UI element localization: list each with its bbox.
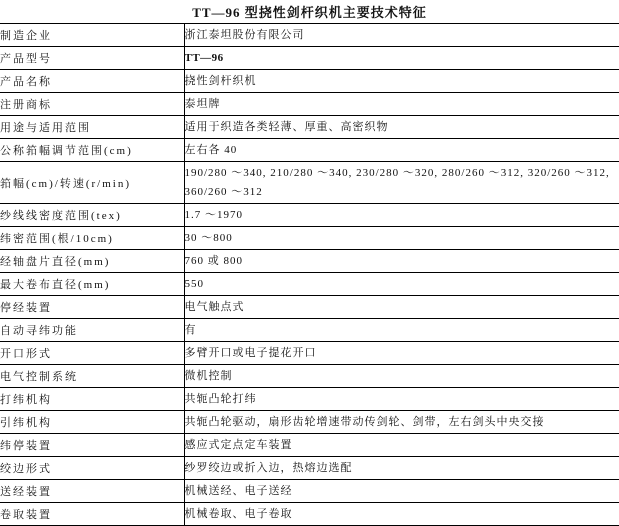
spec-label: 纱线线密度范围(tex) — [0, 204, 184, 227]
spec-value: 共轭凸轮驱动，扇形齿轮增速带动传剑轮、剑带，左右剑头中央交接 — [184, 411, 619, 434]
table-row-beam-flange-diameter: 经轴盘片直径(mm) 760 或 800 — [0, 250, 619, 273]
spec-value: 微机控制 — [184, 365, 619, 388]
spec-label: 引纬机构 — [0, 411, 184, 434]
spec-value: 30 ～800 — [184, 227, 619, 250]
spec-label: 注册商标 — [0, 93, 184, 116]
spec-label: 筘幅(cm)/转速(r/min) — [0, 162, 184, 204]
spec-label: 产品型号 — [0, 47, 184, 70]
spec-value: 电气触点式 — [184, 296, 619, 319]
table-row-beating-mechanism: 打纬机构 共轭凸轮打纬 — [0, 388, 619, 411]
spec-value: 机械卷取、电子卷取 — [184, 503, 619, 526]
table-row-shedding-type: 开口形式 多臂开口或电子提花开口 — [0, 342, 619, 365]
table-row-reed-width-speed: 筘幅(cm)/转速(r/min) 190/280 ～340, 210/280 ～… — [0, 162, 619, 204]
table-row-selvedge-type: 绞边形式 纱罗绞边或折入边，热熔边选配 — [0, 457, 619, 480]
spec-value: 有 — [184, 319, 619, 342]
table-row-application-range: 用途与适用范围 适用于织造各类轻薄、厚重、高密织物 — [0, 116, 619, 139]
spec-label: 送经装置 — [0, 480, 184, 503]
spec-label: 纬密范围(根/10cm) — [0, 227, 184, 250]
spec-value: 纱罗绞边或折入边，热熔边选配 — [184, 457, 619, 480]
table-row-max-cloth-roll-diameter: 最大卷布直径(mm) 550 — [0, 273, 619, 296]
table-row-take-up-device: 卷取装置 机械卷取、电子卷取 — [0, 503, 619, 526]
spec-label: 绞边形式 — [0, 457, 184, 480]
spec-value: 机械送经、电子送经 — [184, 480, 619, 503]
spec-value: 挠性剑杆织机 — [184, 70, 619, 93]
table-row-trademark: 注册商标 泰坦牌 — [0, 93, 619, 116]
table-row-manufacturer: 制造企业 浙江泰坦股份有限公司 — [0, 24, 619, 47]
spec-label: 产品名称 — [0, 70, 184, 93]
table-row-auto-pick-finding: 自动寻纬功能 有 — [0, 319, 619, 342]
table-row-nominal-reed-width-adjust: 公称筘幅调节范围(cm) 左右各 40 — [0, 139, 619, 162]
table-row-product-model: 产品型号 TT—96 — [0, 47, 619, 70]
spec-sheet-page: TT—96 型挠性剑杆织机主要技术特征 制造企业 浙江泰坦股份有限公司 产品型号… — [0, 0, 619, 526]
spec-label: 停经装置 — [0, 296, 184, 319]
spec-value: 浙江泰坦股份有限公司 — [184, 24, 619, 47]
table-row-product-name: 产品名称 挠性剑杆织机 — [0, 70, 619, 93]
spec-label: 纬停装置 — [0, 434, 184, 457]
spec-value: 1.7 ～1970 — [184, 204, 619, 227]
spec-label: 用途与适用范围 — [0, 116, 184, 139]
spec-value: 感应式定点定车装置 — [184, 434, 619, 457]
spec-value: 760 或 800 — [184, 250, 619, 273]
spec-label: 制造企业 — [0, 24, 184, 47]
table-row-electric-control-system: 电气控制系统 微机控制 — [0, 365, 619, 388]
table-row-warp-stop-device: 停经装置 电气触点式 — [0, 296, 619, 319]
spec-value: 550 — [184, 273, 619, 296]
spec-value: 多臂开口或电子提花开口 — [184, 342, 619, 365]
spec-table: 制造企业 浙江泰坦股份有限公司 产品型号 TT—96 产品名称 挠性剑杆织机 注… — [0, 23, 619, 526]
spec-label: 电气控制系统 — [0, 365, 184, 388]
table-row-weft-insertion-mechanism: 引纬机构 共轭凸轮驱动，扇形齿轮增速带动传剑轮、剑带，左右剑头中央交接 — [0, 411, 619, 434]
spec-label: 开口形式 — [0, 342, 184, 365]
spec-value: 190/280 ～340, 210/280 ～340, 230/280 ～320… — [184, 162, 619, 204]
spec-value: 左右各 40 — [184, 139, 619, 162]
table-row-let-off-device: 送经装置 机械送经、电子送经 — [0, 480, 619, 503]
table-row-weft-stop-device: 纬停装置 感应式定点定车装置 — [0, 434, 619, 457]
spec-value: 适用于织造各类轻薄、厚重、高密织物 — [184, 116, 619, 139]
spec-label: 卷取装置 — [0, 503, 184, 526]
table-row-weft-density-range: 纬密范围(根/10cm) 30 ～800 — [0, 227, 619, 250]
spec-label: 自动寻纬功能 — [0, 319, 184, 342]
spec-value: 泰坦牌 — [184, 93, 619, 116]
page-title: TT—96 型挠性剑杆织机主要技术特征 — [0, 0, 619, 23]
spec-table-body: 制造企业 浙江泰坦股份有限公司 产品型号 TT—96 产品名称 挠性剑杆织机 注… — [0, 24, 619, 526]
spec-label: 公称筘幅调节范围(cm) — [0, 139, 184, 162]
spec-value: 共轭凸轮打纬 — [184, 388, 619, 411]
spec-label: 打纬机构 — [0, 388, 184, 411]
table-row-yarn-density-range: 纱线线密度范围(tex) 1.7 ～1970 — [0, 204, 619, 227]
spec-value: TT—96 — [184, 47, 619, 70]
spec-label: 经轴盘片直径(mm) — [0, 250, 184, 273]
spec-label: 最大卷布直径(mm) — [0, 273, 184, 296]
